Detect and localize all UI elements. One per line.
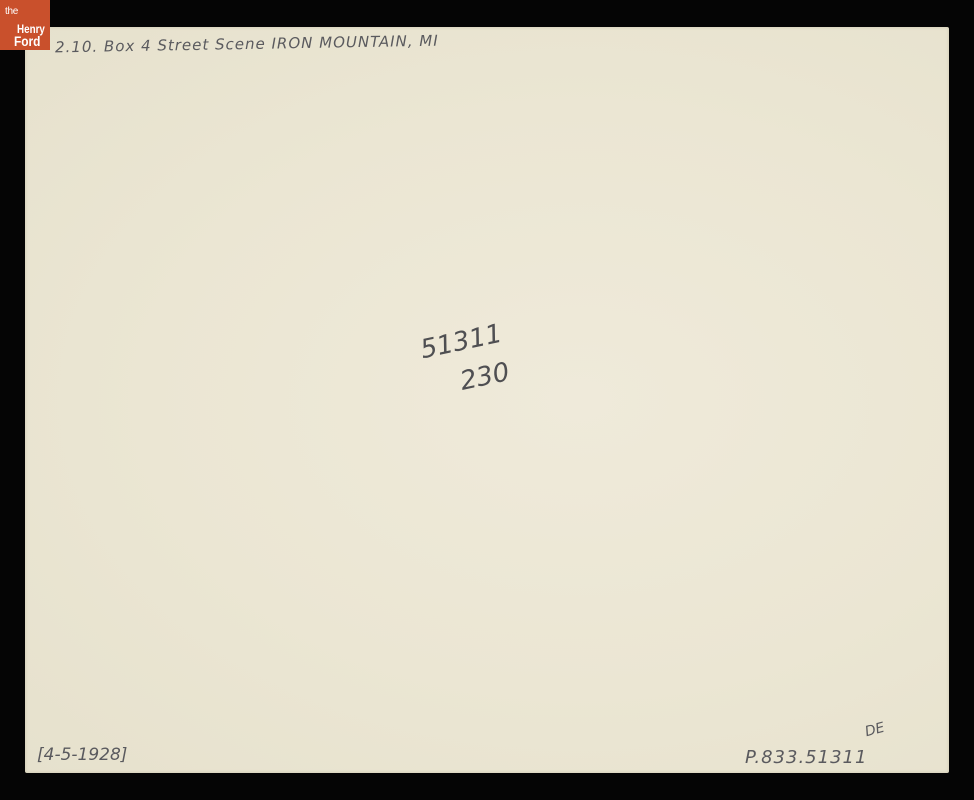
accession-number: P.833.51311 xyxy=(745,747,867,768)
photo-verso-paper: 2.10. Box 4 Street Scene IRON MOUNTAIN, … xyxy=(25,27,949,773)
date-annotation: [4-5-1928] xyxy=(37,745,127,765)
initials-annotation: DE xyxy=(863,720,886,741)
top-handwritten-annotation: 2.10. Box 4 Street Scene IRON MOUNTAIN, … xyxy=(55,32,439,57)
center-number-51311: 51311 xyxy=(418,319,505,366)
logo-text-the: the xyxy=(5,6,18,17)
logo-text-ford: Ford xyxy=(14,33,40,49)
the-henry-ford-logo: the Henry Ford xyxy=(0,0,50,50)
center-number-230: 230 xyxy=(457,357,512,397)
